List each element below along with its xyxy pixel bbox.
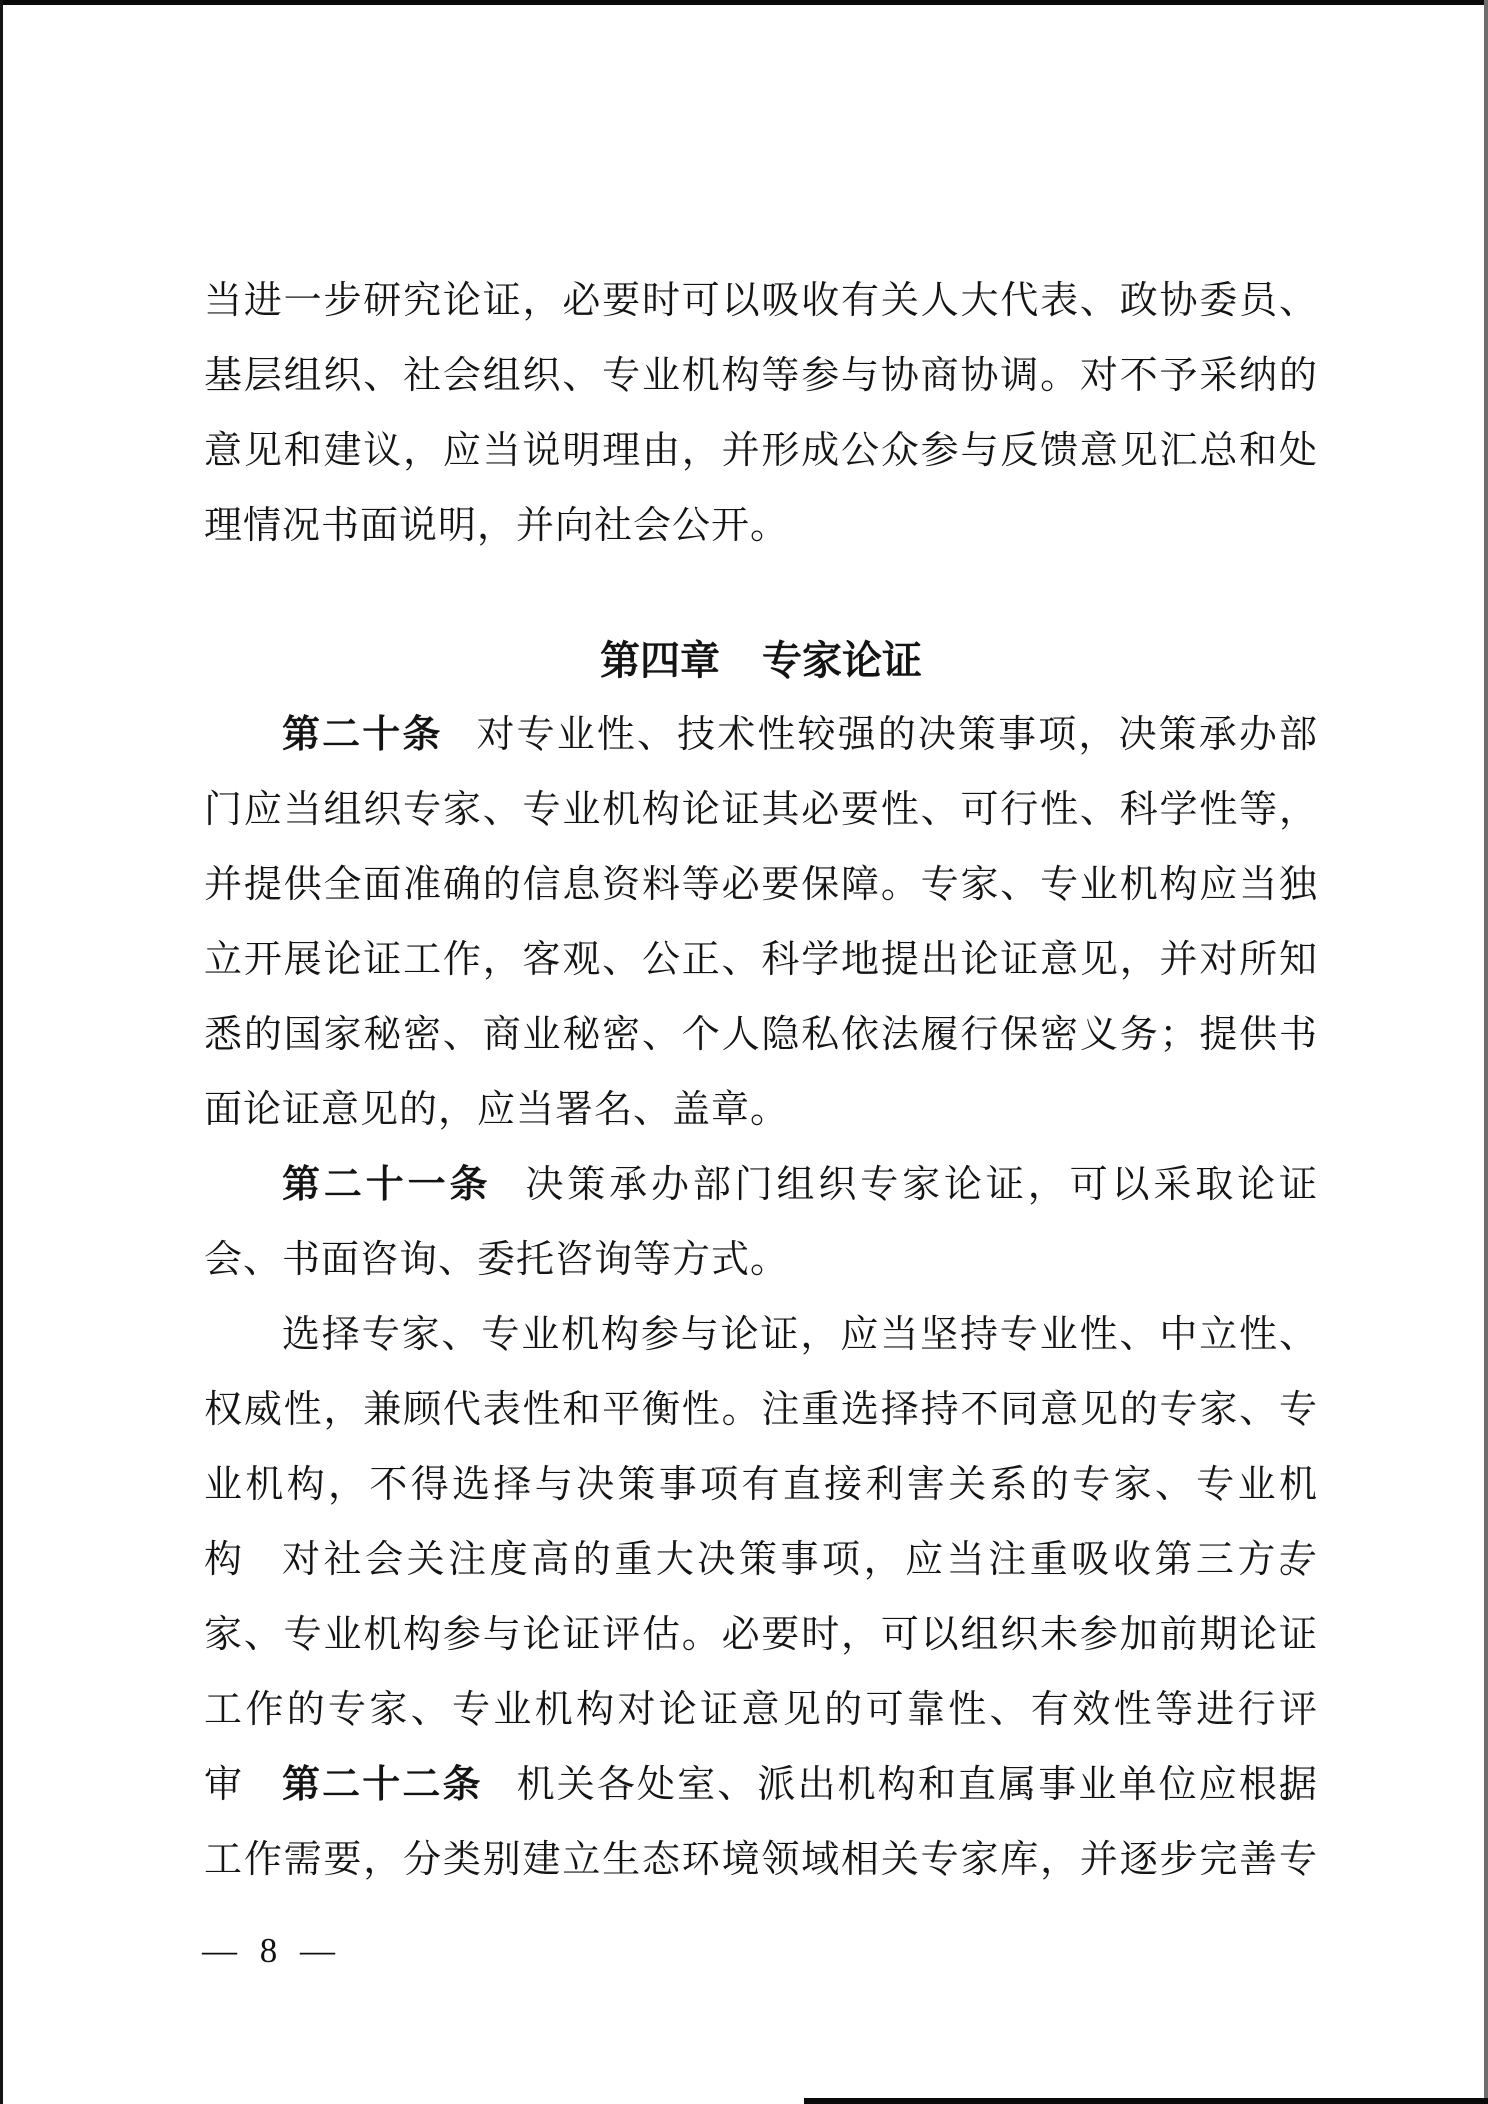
text-line: 立开展论证工作，客观、公正、科学地提出论证意见，并对所知 — [204, 923, 1318, 998]
text-line: 当进一步研究论证，必要时可以吸收有关人大代表、政协委员、 — [204, 264, 1318, 339]
article-number: 第二十条 — [282, 714, 443, 756]
text-line: 面论证意见的，应当署名、盖章。 — [204, 1073, 1318, 1148]
text-segment: 机关各处室、派出机构和直属事业单位应根据 — [517, 1764, 1318, 1806]
paragraph-article-21-p2: 选择专家、专业机构参与论证，应当坚持专业性、中立性、 权威性，兼顾代表性和平衡性… — [204, 1298, 1318, 1523]
text-line: 第二十二条机关各处室、派出机构和直属事业单位应根据 — [204, 1748, 1318, 1823]
article-number: 第二十一条 — [282, 1164, 491, 1206]
text-line: 门应当组织专家、专业机构论证其必要性、可行性、科学性等， — [204, 773, 1318, 848]
text-line: 悉的国家秘密、商业秘密、个人隐私依法履行保密义务；提供书 — [204, 998, 1318, 1073]
page-number: — 8 — — [202, 1930, 342, 1972]
chapter-title: 专家论证 — [762, 638, 922, 683]
body-text: 当进一步研究论证，必要时可以吸收有关人大代表、政协委员、 基层组织、社会组织、专… — [204, 264, 1318, 1898]
text-line: 理情况书面说明，并向社会公开。 — [204, 489, 1318, 564]
text-segment: 对专业性、技术性较强的决策事项，决策承办部 — [477, 714, 1318, 756]
text-line: 权威性，兼顾代表性和平衡性。注重选择持不同意见的专家、专 — [204, 1373, 1318, 1448]
text-line: 意见和建议，应当说明理由，并形成公众参与反馈意见汇总和处 — [204, 414, 1318, 489]
paragraph-continuation: 当进一步研究论证，必要时可以吸收有关人大代表、政协委员、 基层组织、社会组织、专… — [204, 264, 1318, 564]
chapter-heading: 第四章专家论证 — [204, 623, 1318, 698]
text-line: 工作的专家、专业机构对论证意见的可靠性、有效性等进行评审。 — [204, 1673, 1318, 1748]
paragraph-article-20: 第二十条对专业性、技术性较强的决策事项，决策承办部 门应当组织专家、专业机构论证… — [204, 698, 1318, 1148]
text-line: 并提供全面准确的信息资料等必要保障。专家、专业机构应当独 — [204, 848, 1318, 923]
text-line: 家、专业机构参与论证评估。必要时，可以组织未参加前期论证 — [204, 1598, 1318, 1673]
text-line: 工作需要，分类别建立生态环境领域相关专家库，并逐步完善专 — [204, 1823, 1318, 1898]
scan-edge-left — [0, 0, 3, 2104]
scan-edge-right — [1484, 0, 1488, 2104]
text-line: 基层组织、社会组织、专业机构等参与协商协调。对不予采纳的 — [204, 339, 1318, 414]
text-line: 会、书面咨询、委托咨询等方式。 — [204, 1223, 1318, 1298]
text-segment: 决策承办部门组织专家论证，可以采取论证 — [525, 1164, 1318, 1206]
text-line: 第二十一条决策承办部门组织专家论证，可以采取论证 — [204, 1148, 1318, 1223]
article-number: 第二十二条 — [282, 1764, 483, 1806]
text-line: 选择专家、专业机构参与论证，应当坚持专业性、中立性、 — [204, 1298, 1318, 1373]
paragraph-article-21: 第二十一条决策承办部门组织专家论证，可以采取论证 会、书面咨询、委托咨询等方式。 — [204, 1148, 1318, 1298]
text-line: 第二十条对专业性、技术性较强的决策事项，决策承办部 — [204, 698, 1318, 773]
scan-edge-bottom — [804, 2098, 1488, 2104]
paragraph-article-21-p3: 对社会关注度高的重大决策事项，应当注重吸收第三方专 家、专业机构参与论证评估。必… — [204, 1523, 1318, 1748]
chapter-number: 第四章 — [600, 638, 720, 683]
text-line: 业机构，不得选择与决策事项有直接利害关系的专家、专业机构。 — [204, 1448, 1318, 1523]
text-line: 对社会关注度高的重大决策事项，应当注重吸收第三方专 — [204, 1523, 1318, 1598]
scan-edge-top — [0, 0, 1488, 5]
document-page: { "body": { "paragraph1": { "lines": [ "… — [0, 0, 1488, 2104]
paragraph-article-22: 第二十二条机关各处室、派出机构和直属事业单位应根据 工作需要，分类别建立生态环境… — [204, 1748, 1318, 1898]
